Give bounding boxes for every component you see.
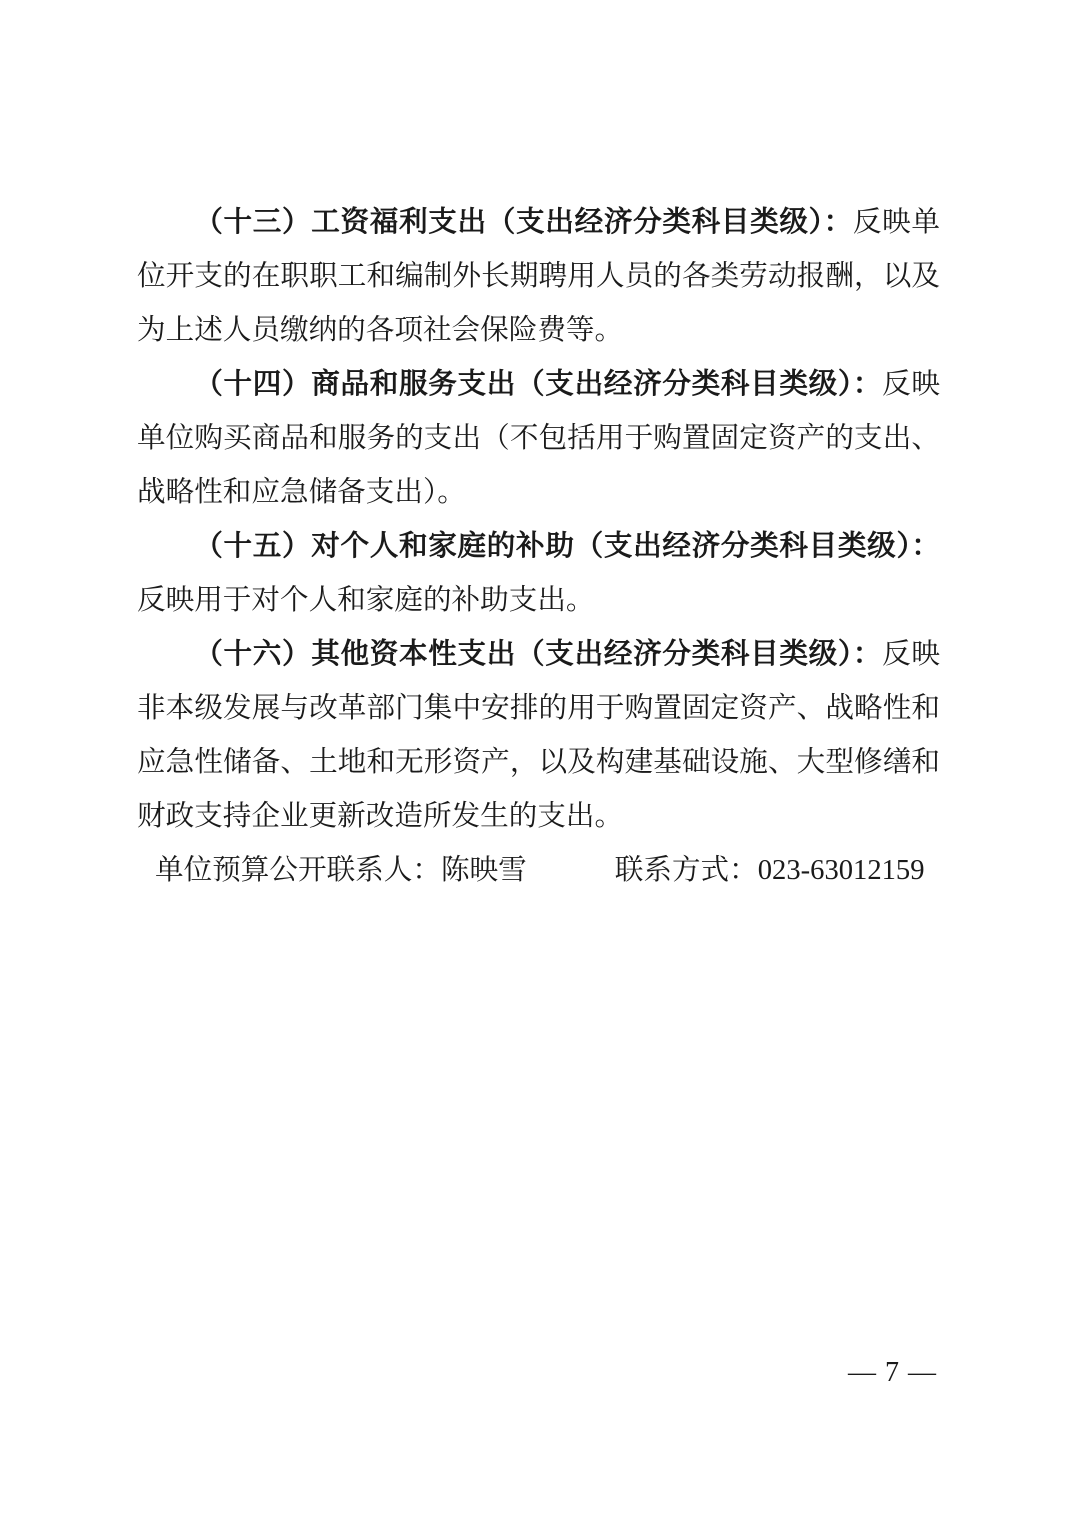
contact-spacer bbox=[527, 878, 615, 879]
paragraph-15-heading: （十五）对个人和家庭的补助（支出经济分类科目类级）： bbox=[194, 531, 940, 562]
document-page: （十三）工资福利支出（支出经济分类科目类级）：反映单位开支的在职职工和编制外长期… bbox=[0, 0, 1074, 1520]
paragraph-15: （十五）对个人和家庭的补助（支出经济分类科目类级）：反映用于对个人和家庭的补助支… bbox=[137, 520, 940, 628]
page-number: — 7 — bbox=[848, 1356, 937, 1390]
paragraph-16: （十六）其他资本性支出（支出经济分类科目类级）：反映非本级发展与改革部门集中安排… bbox=[137, 628, 940, 844]
document-content: （十三）工资福利支出（支出经济分类科目类级）：反映单位开支的在职职工和编制外长期… bbox=[137, 196, 940, 898]
contact-line: 单位预算公开联系人：陈映雪联系方式：023-63012159 bbox=[137, 844, 940, 898]
contact-person-name: 陈映雪 bbox=[441, 855, 527, 886]
contact-person-label: 单位预算公开联系人： bbox=[155, 855, 441, 886]
paragraph-14: （十四）商品和服务支出（支出经济分类科目类级）：反映单位购买商品和服务的支出（不… bbox=[137, 358, 940, 520]
contact-phone-label: 联系方式： bbox=[615, 855, 758, 886]
paragraph-13-heading: （十三）工资福利支出（支出经济分类科目类级）： bbox=[194, 207, 853, 238]
paragraph-16-heading: （十六）其他资本性支出（支出经济分类科目类级）： bbox=[194, 639, 882, 670]
paragraph-14-heading: （十四）商品和服务支出（支出经济分类科目类级）： bbox=[194, 369, 882, 400]
contact-phone-number: 023-63012159 bbox=[758, 855, 925, 886]
paragraph-13: （十三）工资福利支出（支出经济分类科目类级）：反映单位开支的在职职工和编制外长期… bbox=[137, 196, 940, 358]
paragraph-15-body: 反映用于对个人和家庭的补助支出。 bbox=[137, 585, 595, 616]
